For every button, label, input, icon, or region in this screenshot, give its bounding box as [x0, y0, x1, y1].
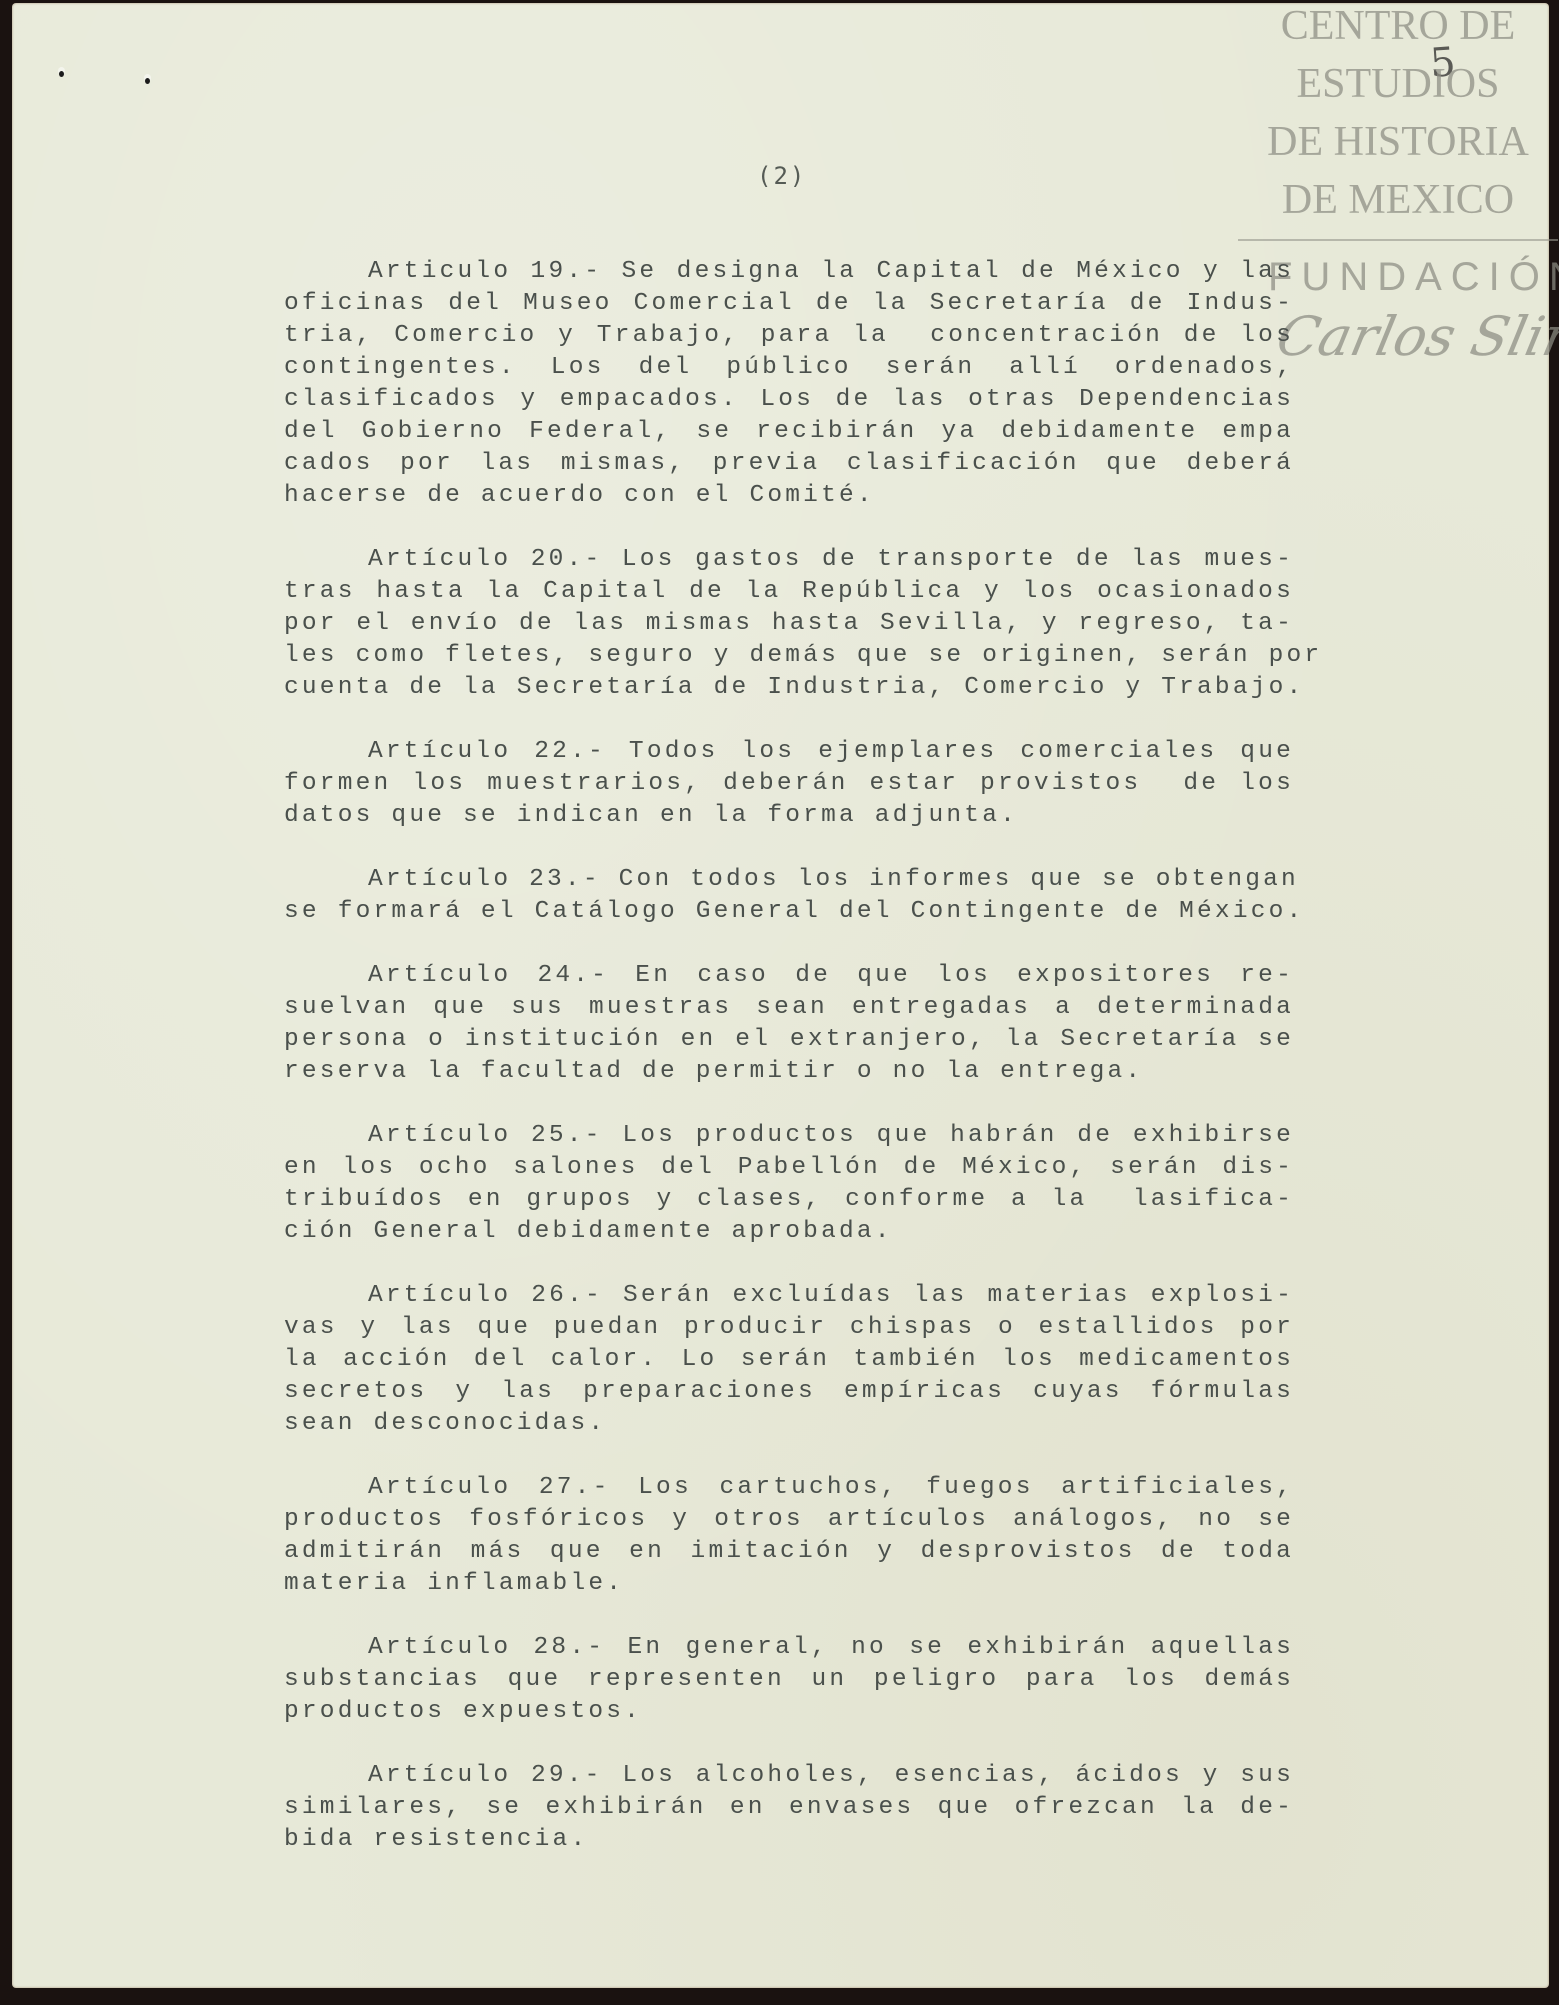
article-heading-line: Artículo 28.- En general, no se exhibirá…: [284, 1632, 1294, 1664]
document-body: Articulo 19.- Se designa la Capital de M…: [284, 256, 1294, 1888]
article-text-line: productos fosfóricos y otros artículos a…: [284, 1504, 1294, 1536]
article-heading-line: Artículo 27.- Los cartuchos, fuegos arti…: [284, 1472, 1294, 1504]
article-paragraph: Artículo 24.- En caso de que los exposit…: [284, 960, 1294, 1088]
article-heading-line: Artículo 23.- Con todos los informes que…: [284, 864, 1294, 896]
article-heading-line: Articulo 19.- Se designa la Capital de M…: [284, 256, 1294, 288]
article-text-line: ción General debidamente aprobada.: [284, 1216, 1294, 1248]
article-text-line: hacerse de acuerdo con el Comité.: [284, 480, 1294, 512]
article-text-line: admitirán más que en imitación y desprov…: [284, 1536, 1294, 1568]
article-text-line: contingentes. Los del público serán allí…: [284, 352, 1294, 384]
article-text-line: bida resistencia.: [284, 1824, 1294, 1856]
article-text-line: del Gobierno Federal, se recibirán ya de…: [284, 416, 1294, 448]
article-heading-line: Artículo 26.- Serán excluídas las materi…: [284, 1280, 1294, 1312]
article-text-line: se formará el Catálogo General del Conti…: [284, 896, 1294, 928]
article-text-line: suelvan que sus muestras sean entregadas…: [284, 992, 1294, 1024]
article-text-line: vas y las que puedan producir chispas o …: [284, 1312, 1294, 1344]
article-text-line: sean desconocidas.: [284, 1408, 1294, 1440]
article-paragraph: Artículo 22.- Todos los ejemplares comer…: [284, 736, 1294, 832]
handwritten-folio-number: 5: [1428, 39, 1457, 87]
article-text-line: en los ocho salones del Pabellón de Méxi…: [284, 1152, 1294, 1184]
article-heading-line: Artículo 20.- Los gastos de transporte d…: [284, 544, 1294, 576]
article-heading-line: Artículo 24.- En caso de que los exposit…: [284, 960, 1294, 992]
article-heading-line: Artículo 22.- Todos los ejemplares comer…: [284, 736, 1294, 768]
article-text-line: oficinas del Museo Comercial de la Secre…: [284, 288, 1294, 320]
article-heading-line: Artículo 29.- Los alcoholes, esencias, á…: [284, 1760, 1294, 1792]
article-text-line: la acción del calor. Lo serán también lo…: [284, 1344, 1294, 1376]
article-paragraph: Artículo 23.- Con todos los informes que…: [284, 864, 1294, 928]
article-text-line: por el envío de las mismas hasta Sevilla…: [284, 608, 1294, 640]
article-paragraph: Artículo 29.- Los alcoholes, esencias, á…: [284, 1760, 1294, 1856]
article-text-line: reserva la facultad de permitir o no la …: [284, 1056, 1294, 1088]
article-text-line: tribuídos en grupos y clases, conforme a…: [284, 1184, 1294, 1216]
article-text-line: les como fletes, seguro y demás que se o…: [284, 640, 1294, 672]
article-text-line: cuenta de la Secretaría de Industria, Co…: [284, 672, 1294, 704]
article-text-line: cados por las mismas, previa clasificaci…: [284, 448, 1294, 480]
article-paragraph: Artículo 26.- Serán excluídas las materi…: [284, 1280, 1294, 1440]
article-text-line: materia inflamable.: [284, 1568, 1294, 1600]
article-text-line: tras hasta la Capital de la República y …: [284, 576, 1294, 608]
punch-hole-mark: [59, 71, 64, 77]
article-text-line: similares, se exhibirán en envases que o…: [284, 1792, 1294, 1824]
article-paragraph: Artículo 28.- En general, no se exhibirá…: [284, 1632, 1294, 1728]
page-number: (2): [757, 162, 806, 190]
article-text-line: clasificados y empacados. Los de las otr…: [284, 384, 1294, 416]
article-paragraph: Artículo 27.- Los cartuchos, fuegos arti…: [284, 1472, 1294, 1600]
article-heading-line: Artículo 25.- Los productos que habrán d…: [284, 1120, 1294, 1152]
article-paragraph: Artículo 20.- Los gastos de transporte d…: [284, 544, 1294, 704]
article-paragraph: Articulo 19.- Se designa la Capital de M…: [284, 256, 1294, 512]
article-text-line: tria, Comercio y Trabajo, para la concen…: [284, 320, 1294, 352]
article-paragraph: Artículo 25.- Los productos que habrán d…: [284, 1120, 1294, 1248]
article-text-line: substancias que representen un peligro p…: [284, 1664, 1294, 1696]
article-text-line: formen los muestrarios, deberán estar pr…: [284, 768, 1294, 800]
article-text-line: datos que se indican en la forma adjunta…: [284, 800, 1294, 832]
article-text-line: secretos y las preparaciones empíricas c…: [284, 1376, 1294, 1408]
article-text-line: persona o institución en el extranjero, …: [284, 1024, 1294, 1056]
punch-hole-mark: [145, 78, 150, 84]
article-text-line: productos expuestos.: [284, 1696, 1294, 1728]
